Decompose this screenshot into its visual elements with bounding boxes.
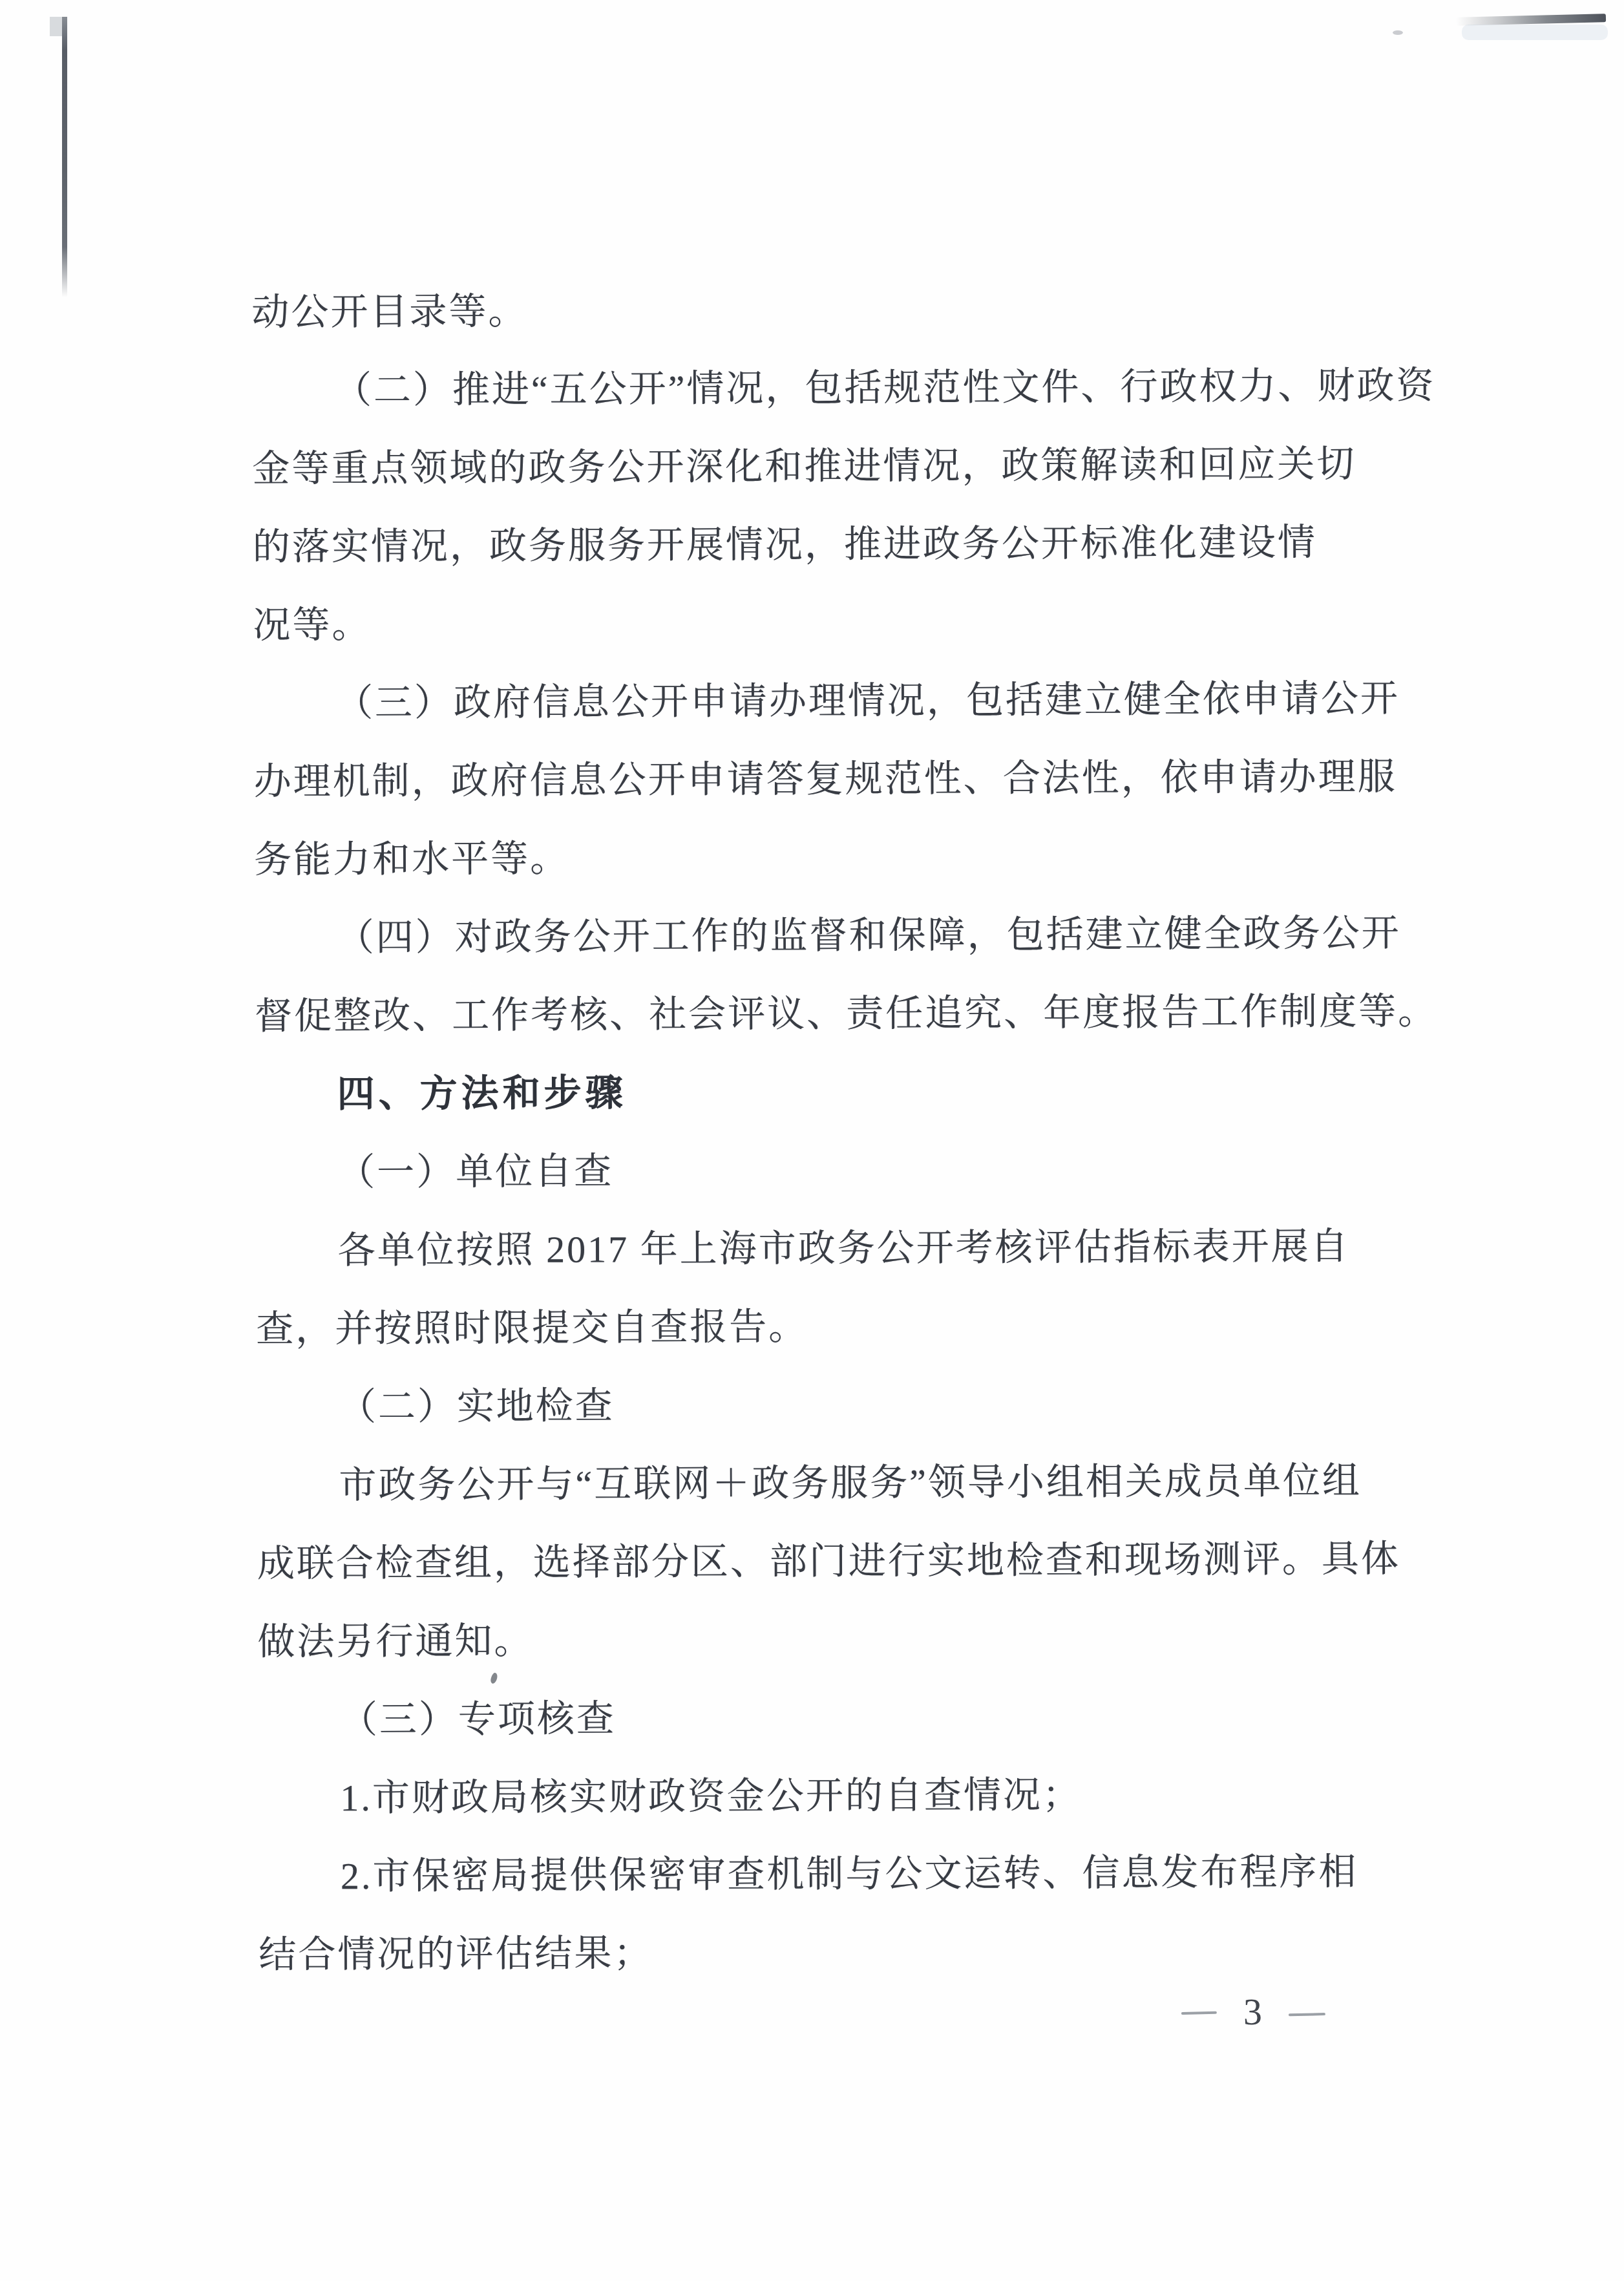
- scan-content: 动公开目录等。（二）推进“五公开”情况，包括规范性文件、行政权力、财政资金等重点…: [0, 0, 1624, 2281]
- scanned-document-page: 动公开目录等。（二）推进“五公开”情况，包括规范性文件、行政权力、财政资金等重点…: [0, 0, 1624, 2281]
- document-line: 1.市财政局核实财政资金公开的自查情况；: [258, 1772, 1396, 1856]
- document-line: 办理机制，政府信息公开申请答复规范性、合法性，依申请办理服: [253, 756, 1391, 839]
- document-line: （二）实地检查: [257, 1381, 1395, 1465]
- document-line: 金等重点领域的政务公开深化和推进情况，政策解读和回应关切: [252, 443, 1390, 526]
- document-body: 动公开目录等。（二）推进“五公开”情况，包括规范性文件、行政权力、财政资金等重点…: [251, 286, 1397, 2012]
- page-number-dash-left: [1181, 2011, 1217, 2015]
- page-number: 3: [1181, 1991, 1336, 2037]
- page-number-value: 3: [1243, 1992, 1262, 2032]
- document-line: （四）对政务公开工作的监督和保障，包括建立健全政务公开: [254, 912, 1392, 995]
- document-line: 务能力和水平等。: [254, 834, 1392, 917]
- document-line: （二）推进“五公开”情况，包括规范性文件、行政权力、财政资: [252, 365, 1390, 448]
- document-line: 2.市保密局提供保密审查机制与公文运转、信息发布程序相: [258, 1851, 1397, 1934]
- document-line: 成联合检查组，选择部分区、部门进行实地检查和现场测评。具体: [257, 1538, 1395, 1621]
- document-line: （三）专项核查: [258, 1694, 1396, 1777]
- document-line: 督促整改、工作考核、社会评议、责任追究、年度报告工作制度等。: [255, 990, 1393, 1074]
- document-line: 查，并按照时限提交自查报告。: [256, 1303, 1394, 1386]
- document-line: 的落实情况，政务服务开展情况，推进政务公开标准化建设情: [253, 521, 1391, 604]
- document-heading-line: 四、方法和步骤: [255, 1068, 1393, 1152]
- document-line: 动公开目录等。: [251, 286, 1389, 370]
- document-line: （一）单位自查: [255, 1147, 1393, 1230]
- document-line: （三）政府信息公开申请办理情况，包括建立健全依申请公开: [253, 677, 1391, 761]
- document-line: 做法另行通知。: [257, 1616, 1395, 1699]
- document-line: 市政务公开与“互联网＋政务服务”领导小组相关成员单位组: [257, 1459, 1395, 1543]
- document-line: 况等。: [253, 599, 1391, 683]
- document-line: 各单位按照 2017 年上海市政务公开考核评估指标表开展自: [256, 1225, 1394, 1308]
- page-number-dash-right: [1289, 2013, 1325, 2016]
